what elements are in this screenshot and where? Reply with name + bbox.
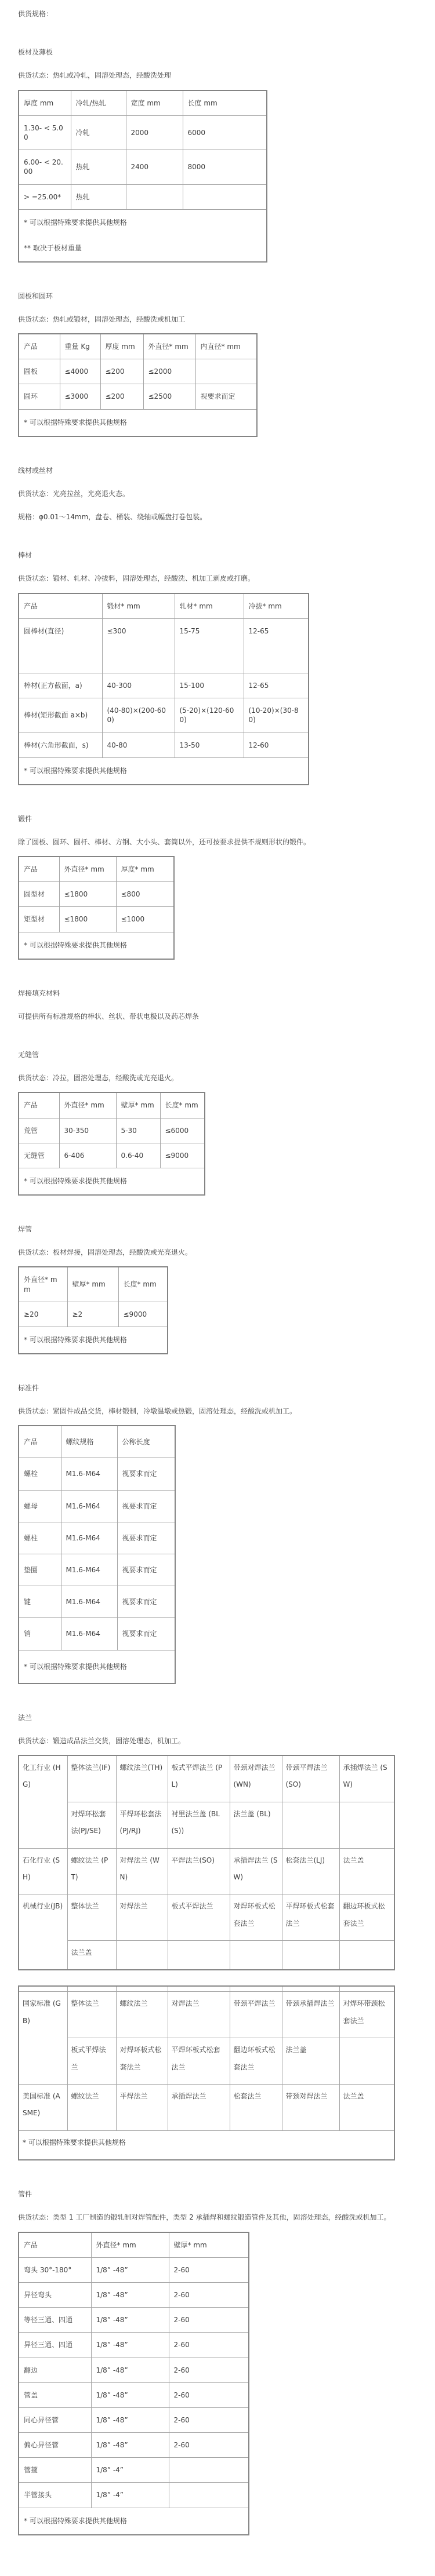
- table-cell: 异径弯头: [19, 2282, 91, 2307]
- table-cell: ≤200: [100, 359, 143, 384]
- table-cell: 6.00- < 20.00: [19, 150, 71, 184]
- column-header: 锻材* mm: [102, 593, 175, 619]
- table-cell: 热轧: [71, 184, 126, 209]
- table-row: * 可以根据特殊要求提供其他规格: [19, 2508, 249, 2535]
- table-cell: 螺纹法兰: [67, 2085, 116, 2131]
- table-cell: 视要求而定: [117, 1458, 175, 1490]
- table-row: 同心异径管1/8” -48”2-60: [19, 2407, 249, 2432]
- column-header: 公称长度: [117, 1426, 175, 1458]
- section-title: 无缝管: [18, 1050, 425, 1059]
- supply-state-line: 供货状态：锻材、轧材、冷拔料，固溶处理态，经酸洗、机加工剥皮或打磨。: [18, 574, 425, 583]
- supply-state-line: 供货状态：锻造成品法兰交货，固溶处理态，机加工。: [18, 1736, 425, 1746]
- table-cell: 40-80: [102, 733, 175, 757]
- section-sheet-plate: 板材及薄板 供货状态：热轧或冷轧，固溶处理态，经酸洗处理 厚度 mm冷轧/热轧宽…: [18, 48, 425, 263]
- pipe-fittings-table: 产品外直径* mm壁厚* mm弯头 30°-180°1/8” -48”2-60异…: [18, 2232, 249, 2535]
- table-row: 1.30- < 5.00冷轧20006000: [19, 115, 267, 150]
- table-row: 翻边1/8” -48”2-60: [19, 2358, 249, 2382]
- table-cell: M1.6-M64: [61, 1618, 117, 1650]
- table-cell: ≤2500: [143, 384, 195, 409]
- section-weld-filler: 焊接填充材料 可提供所有标准规格的棒状、丝状、带状电极以及药芯焊条: [18, 989, 425, 1021]
- table-cell: M1.6-M64: [61, 1490, 117, 1522]
- column-header: 壁厚* mm: [169, 2232, 249, 2258]
- column-header: 螺纹规格: [61, 1426, 117, 1458]
- section-title: 线材或丝材: [18, 466, 425, 475]
- table-row: 外直径* mm壁厚* mm长度* mm: [19, 1267, 168, 1302]
- table-row: 垫圈M1.6-M64视要求而定: [19, 1554, 175, 1586]
- table-row: 美国标准 (ASME)螺纹法兰平焊法兰承插焊法兰松套法兰带颈对焊法兰法兰盖: [19, 2085, 394, 2131]
- column-header: 外直径* mm: [59, 857, 116, 882]
- table-row: 石化行业 (SH)螺纹法兰 (PT)对焊法兰 (WN)平焊法兰(SO)承插焊法兰…: [19, 1848, 394, 1894]
- table-cell: 视要求而定: [117, 1586, 175, 1618]
- table-cell: ≤1800: [59, 882, 116, 907]
- table-cell: 同心异径管: [19, 2407, 91, 2432]
- table-cell: 国家标准 (GB): [19, 1992, 67, 2085]
- table-cell: 热轧: [71, 150, 126, 184]
- table-cell: 2-60: [169, 2333, 249, 2358]
- section-seamless-pipe: 无缝管 供货状态：冷拉，固溶处理态，经酸洗或光亮退火。 产品外直径* mm壁厚*…: [18, 1050, 425, 1196]
- table-cell: 平焊环松套法 (PJ/RJ): [116, 1802, 168, 1848]
- table-row: ≥20≥2≤9000: [19, 1302, 168, 1327]
- table-cell: [339, 1802, 394, 1848]
- column-header: 外直径* mm: [19, 1267, 67, 1302]
- column-header: 产品: [19, 593, 102, 619]
- table-cell: 松套法兰: [230, 2085, 282, 2131]
- section-title: 法兰: [18, 1713, 425, 1722]
- table-row: 机械行业(JB)整体法兰对焊法兰板式平焊法兰对焊环板式松套法兰平焊环板式松套法兰…: [19, 1894, 394, 1941]
- table-footnote: * 可以根据特殊要求提供其他规格: [19, 1650, 175, 1684]
- supply-state-line: 供货状态：热轧或锻材，固溶处理态，经酸洗或机加工: [18, 315, 425, 324]
- table-cell: ≤4000: [60, 359, 100, 384]
- table-row: * 可以根据特殊要求提供其他规格: [19, 1650, 175, 1684]
- table-cell: 圆型材: [19, 882, 59, 907]
- table-cell: 管箍: [19, 2458, 91, 2483]
- table-cell: 平焊法兰(SO): [168, 1848, 230, 1894]
- section-wire: 线材或丝材 供货状态：光亮拉丝，光亮退火态。 规格：φ0.01～14mm，盘卷、…: [18, 466, 425, 522]
- column-header: 宽度 mm: [126, 90, 183, 116]
- spec-line: 规格：φ0.01～14mm，盘卷、桶装、绕轴或幅盘打卷包装。: [18, 512, 425, 522]
- table-row: 偏心异径管1/8” -48”2-60: [19, 2433, 249, 2458]
- table-cell: 半管接头: [19, 2483, 91, 2508]
- table-row: 产品外直径* mm厚度* mm: [19, 857, 174, 882]
- sheet-plate-table: 厚度 mm冷轧/热轧宽度 mm长度 mm1.30- < 5.00冷轧200060…: [18, 90, 267, 263]
- table-cell: 螺纹法兰: [116, 1992, 168, 2038]
- table-cell: 1/8” -48”: [91, 2407, 169, 2432]
- table-cell: 5-30: [116, 1118, 160, 1143]
- table-cell: 12-65: [244, 618, 309, 673]
- column-header: 壁厚* mm: [67, 1267, 118, 1302]
- table-cell: [116, 1986, 168, 1992]
- table-row: 管箍1/8” -4”: [19, 2458, 249, 2483]
- table-cell: 翻边环板式松套法兰: [230, 2038, 282, 2085]
- table-row: 棒材(矩形截面 a×b)(40-80)×(200-600)(5-20)×(120…: [19, 698, 309, 733]
- table-cell: 法兰盖: [282, 2038, 339, 2085]
- table-row: 产品螺纹规格公称长度: [19, 1426, 175, 1458]
- section-welded-pipe: 焊管 供货状态：板材焊接，固溶处理态，经酸洗或光亮退火。 外直径* mm壁厚* …: [18, 1225, 425, 1354]
- table-cell: 冷轧: [71, 115, 126, 150]
- table-cell: 美国标准 (ASME): [19, 2085, 67, 2131]
- column-header: 长度* mm: [160, 1092, 205, 1118]
- table-footnote: * 可以根据特殊要求提供其他规格: [19, 757, 309, 785]
- table-row: 圆型材≤1800≤800: [19, 882, 174, 907]
- table-cell: 1/8” -48”: [91, 2358, 169, 2382]
- column-header: 厚度 mm: [100, 334, 143, 359]
- table-cell: 1/8” -48”: [91, 2282, 169, 2307]
- table-cell: 棒材(六角形截面，s): [19, 733, 102, 757]
- table-cell: 法兰盖: [339, 1848, 394, 1894]
- section-forgings: 锻件 除了圆板、圆环、圆杆、棒材、方钢、大小头、套筒以外，还可按要求提供不规则形…: [18, 814, 425, 960]
- table-row: * 可以根据特殊要求提供其他规格: [19, 757, 309, 785]
- table-footnote: * 可以根据特殊要求提供其他规格: [19, 2130, 394, 2160]
- table-row: 圆棒材(直径)≤30015-7512-65: [19, 618, 309, 673]
- supply-state-line: 供货状态：热轧或冷轧，固溶处理态，经酸洗处理: [18, 71, 425, 80]
- table-row: 弯头 30°-180°1/8” -48”2-60: [19, 2257, 249, 2282]
- section-title: 板材及薄板: [18, 48, 425, 57]
- column-header: 冷轧/热轧: [71, 90, 126, 116]
- table-row: 螺柱M1.6-M64视要求而定: [19, 1522, 175, 1554]
- table-cell: 对焊环板式松套法兰: [230, 1894, 282, 1941]
- table-cell: 荒管: [19, 1118, 59, 1143]
- table-cell: 棒材(正方截面，a): [19, 673, 102, 698]
- table-cell: 6000: [183, 115, 267, 150]
- table-cell: 承插焊法兰 (SW): [230, 1848, 282, 1894]
- table-cell: ≤300: [102, 618, 175, 673]
- table-cell: (5-20)×(120-600): [175, 698, 244, 733]
- table-row: * 可以根据特殊要求提供其他规格: [19, 1168, 205, 1195]
- section-flanges: 法兰 供货状态：锻造成品法兰交货，固溶处理态，机加工。 化工行业 (HG)整体法…: [18, 1713, 425, 2161]
- note-line: 可提供所有标准规格的棒状、丝状、带状电极以及药芯焊条: [18, 1012, 425, 1021]
- table-footnote: * 可以根据特殊要求提供其他规格: [19, 2508, 249, 2535]
- supply-state-line: 供货状态：类型 1 工厂制造的锻轧制对焊管配件，类型 2 承插焊和螺纹锻造管件及…: [18, 2213, 425, 2222]
- table-cell: (10-20)×(30-80): [244, 698, 309, 733]
- table-cell: 2-60: [169, 2433, 249, 2458]
- table-row: 等径三通、四通1/8” -48”2-60: [19, 2308, 249, 2333]
- table-cell: 13-50: [175, 733, 244, 757]
- table-cell: 30-350: [59, 1118, 116, 1143]
- spec-document: 供货规格： 板材及薄板 供货状态：热轧或冷轧，固溶处理态，经酸洗处理 厚度 mm…: [0, 0, 435, 2576]
- table-cell: ≤1000: [116, 907, 174, 932]
- table-cell: 对焊环松套法(PJ/SE): [67, 1802, 116, 1848]
- table-cell: [282, 1941, 339, 1970]
- section-title: 圆板和圆环: [18, 292, 425, 301]
- table-cell: ≤9000: [160, 1143, 205, 1168]
- table-cell: 15-100: [175, 673, 244, 698]
- table-cell: 带颈对焊法兰: [282, 2085, 339, 2131]
- table-cell: 对焊法兰 (WN): [116, 1848, 168, 1894]
- section-title: 棒材: [18, 551, 425, 560]
- page-title: 供货规格：: [18, 9, 425, 19]
- table-cell: 带颈承插焊法兰: [282, 1992, 339, 2038]
- table-cell: M1.6-M64: [61, 1554, 117, 1586]
- table-cell: 视要求而定: [117, 1490, 175, 1522]
- table-row: 产品外直径* mm壁厚* mm: [19, 2232, 249, 2258]
- table-cell: 12-65: [244, 673, 309, 698]
- table-cell: 对焊法兰: [116, 1894, 168, 1941]
- table-cell: 2400: [126, 150, 183, 184]
- table-row: 厚度 mm冷轧/热轧宽度 mm长度 mm: [19, 90, 267, 116]
- table-row: 螺母M1.6-M64视要求而定: [19, 1490, 175, 1522]
- table-cell: 等径三通、四通: [19, 2308, 91, 2333]
- table-cell: 对焊环板式松套法兰: [116, 2038, 168, 2085]
- table-cell: 对焊环带颈松套法兰: [339, 1992, 394, 2038]
- table-cell: 整体法兰(IF): [67, 1755, 116, 1802]
- table-row: 产品外直径* mm壁厚* mm长度* mm: [19, 1092, 205, 1118]
- column-header: 重量 Kg: [60, 334, 100, 359]
- table-cell: 1/8” -48”: [91, 2333, 169, 2358]
- flanges-standards-table: 国家标准 (GB)整体法兰螺纹法兰对焊法兰带颈平焊法兰带颈承插焊法兰对焊环带颈松…: [18, 1985, 395, 2160]
- table-cell: 石化行业 (SH): [19, 1848, 67, 1894]
- table-cell: > =25.00*: [19, 184, 71, 209]
- table-cell: ≤800: [116, 882, 174, 907]
- table-footnote: * 可以根据特殊要求提供其他规格: [19, 1168, 205, 1195]
- table-row: 异径三通、四通1/8” -48”2-60: [19, 2333, 249, 2358]
- table-cell: 1/8” -48”: [91, 2433, 169, 2458]
- section-title: 标准件: [18, 1383, 425, 1393]
- table-cell: 带颈对焊法兰 (WN): [230, 1755, 282, 1802]
- table-row: * 可以根据特殊要求提供其他规格: [19, 2130, 394, 2160]
- table-cell: 棒材(矩形截面 a×b): [19, 698, 102, 733]
- column-header: 外直径* mm: [91, 2232, 169, 2258]
- table-cell: ≤200: [100, 384, 143, 409]
- table-cell: [67, 1986, 116, 1992]
- column-header: 壁厚* mm: [116, 1092, 160, 1118]
- table-cell: 2-60: [169, 2382, 249, 2407]
- table-row: * 可以根据特殊要求提供其他规格** 取决于板材重量: [19, 209, 267, 262]
- table-cell: 键: [19, 1586, 61, 1618]
- table-cell: 1/8” -4”: [91, 2483, 169, 2508]
- table-cell: 2-60: [169, 2358, 249, 2382]
- table-cell: 1/8” -4”: [91, 2458, 169, 2483]
- column-header: 外直径* mm: [59, 1092, 116, 1118]
- table-row: 产品锻材* mm轧材* mm冷拔* mm: [19, 593, 309, 619]
- forgings-table: 产品外直径* mm厚度* mm圆型材≤1800≤800矩型材≤1800≤1000…: [18, 856, 175, 960]
- table-cell: 翻边环板式松套法兰: [339, 1894, 394, 1941]
- table-cell: (40-80)×(200-600): [102, 698, 175, 733]
- section-pipe-fittings: 管件 供货状态：类型 1 工厂制造的锻轧制对焊管配件，类型 2 承插焊和螺纹锻造…: [18, 2189, 425, 2535]
- table-row: * 可以根据特殊要求提供其他规格: [19, 1327, 168, 1354]
- table-cell: 承插焊法兰: [168, 2085, 230, 2131]
- table-cell: 螺纹法兰(TH): [116, 1755, 168, 1802]
- table-cell: ≥2: [67, 1302, 118, 1327]
- supply-state-line: 供货状态：板材焊接，固溶处理态，经酸洗或光亮退火。: [18, 1248, 425, 1257]
- column-header: 产品: [19, 857, 59, 882]
- table-row: 管盖1/8” -48”2-60: [19, 2382, 249, 2407]
- table-cell: 对焊法兰: [168, 1992, 230, 2038]
- table-cell: 无缝管: [19, 1143, 59, 1168]
- discs-rings-table: 产品重量 Kg厚度 mm外直径* mm内直径* mm圆板≤4000≤200≤20…: [18, 333, 258, 437]
- table-footnote: * 可以根据特殊要求提供其他规格: [19, 409, 257, 436]
- section-title: 锻件: [18, 814, 425, 824]
- table-row: 螺栓M1.6-M64视要求而定: [19, 1458, 175, 1490]
- table-row: 对焊环松套法(PJ/SE)平焊环松套法 (PJ/RJ)衬里法兰盖 (BL(S))…: [19, 1802, 394, 1848]
- table-row: 圆板≤4000≤200≤2000: [19, 359, 257, 384]
- table-row: 板式平焊法兰对焊环板式松套法兰平焊环板式松套法兰翻边环板式松套法兰法兰盖: [19, 2038, 394, 2085]
- table-cell: 法兰盖: [67, 1941, 116, 1970]
- table-cell: 化工行业 (HG): [19, 1755, 67, 1848]
- table-row: 异径弯头1/8” -48”2-60: [19, 2282, 249, 2307]
- table-cell: 松套法兰(LJ): [282, 1848, 339, 1894]
- table-cell: [339, 1986, 394, 1992]
- table-cell: 视要求而定: [117, 1554, 175, 1586]
- table-footnote: * 可以根据特殊要求提供其他规格: [19, 1327, 168, 1354]
- table-cell: 1/8” -48”: [91, 2382, 169, 2407]
- table-cell: 机械行业(JB): [19, 1894, 67, 1970]
- table-cell: [339, 2038, 394, 2085]
- table-cell: 视要求而定: [117, 1618, 175, 1650]
- table-cell: ≤2000: [143, 359, 195, 384]
- table-cell: 1.30- < 5.00: [19, 115, 71, 150]
- table-cell: 平焊环板式松套法兰: [168, 2038, 230, 2085]
- table-cell: 承插焊法兰 (SW): [339, 1755, 394, 1802]
- table-cell: 平焊环板式松套法兰: [282, 1894, 339, 1941]
- section-discs-rings: 圆板和圆环 供货状态：热轧或锻材，固溶处理态，经酸洗或机加工 产品重量 Kg厚度…: [18, 292, 425, 437]
- table-cell: [339, 1941, 394, 1970]
- table-cell: 8000: [183, 150, 267, 184]
- table-cell: 弯头 30°-180°: [19, 2257, 91, 2282]
- table-cell: 管盖: [19, 2382, 91, 2407]
- table-row: 6.00- < 20.00热轧24008000: [19, 150, 267, 184]
- table-cell: 平焊法兰: [116, 2085, 168, 2131]
- table-cell: [195, 359, 257, 384]
- table-cell: 螺纹法兰 (PT): [67, 1848, 116, 1894]
- table-row: > =25.00*热轧: [19, 184, 267, 209]
- table-cell: ≥20: [19, 1302, 67, 1327]
- column-header: 产品: [19, 1092, 59, 1118]
- table-cell: [230, 1941, 282, 1970]
- section-title: 焊接填充材料: [18, 989, 425, 998]
- table-cell: [116, 1941, 168, 1970]
- table-row: 无缝管6-4060.6-40≤9000: [19, 1143, 205, 1168]
- table-cell: 0.6-40: [116, 1143, 160, 1168]
- table-cell: 螺栓: [19, 1458, 61, 1490]
- table-cell: 圆棒材(直径): [19, 618, 102, 673]
- table-cell: M1.6-M64: [61, 1522, 117, 1554]
- table-cell: 圆环: [19, 384, 60, 409]
- table-cell: ≤9000: [118, 1302, 168, 1327]
- column-header: 冷拔* mm: [244, 593, 309, 619]
- table-cell: [230, 1986, 282, 1992]
- table-row: 键M1.6-M64视要求而定: [19, 1586, 175, 1618]
- table-row: * 可以根据特殊要求提供其他规格: [19, 409, 257, 436]
- supply-state-line: 供货状态：光亮拉丝，光亮退火态。: [18, 489, 425, 498]
- bar-table: 产品锻材* mm轧材* mm冷拔* mm圆棒材(直径)≤30015-7512-6…: [18, 593, 309, 785]
- table-cell: 视要求而定: [195, 384, 257, 409]
- table-cell: 2000: [126, 115, 183, 150]
- table-cell: 偏心异径管: [19, 2433, 91, 2458]
- table-cell: 1/8” -48”: [91, 2308, 169, 2333]
- table-row: 化工行业 (HG)整体法兰(IF)螺纹法兰(TH)板式平焊法兰 (PL)带颈对焊…: [19, 1755, 394, 1802]
- table-cell: 翻边: [19, 2358, 91, 2382]
- table-cell: ≤6000: [160, 1118, 205, 1143]
- table-cell: [169, 2483, 249, 2508]
- table-cell: ≤1800: [59, 907, 116, 932]
- table-row: 半管接头1/8” -4”: [19, 2483, 249, 2508]
- column-header: 轧材* mm: [175, 593, 244, 619]
- table-cell: 板式平焊法兰: [168, 1894, 230, 1941]
- table-cell: [126, 184, 183, 209]
- table-cell: 螺母: [19, 1490, 61, 1522]
- table-cell: 6-406: [59, 1143, 116, 1168]
- seamless-pipe-table: 产品外直径* mm壁厚* mm长度* mm荒管30-3505-30≤6000无缝…: [18, 1092, 205, 1196]
- table-cell: 螺柱: [19, 1522, 61, 1554]
- table-cell: [183, 184, 267, 209]
- supply-state-line: 供货状态：紧固件成品交货，棒材锻制，冷墩温墩或热锻，固溶处理态，经酸洗或机加工。: [18, 1407, 425, 1416]
- table-row: 法兰盖: [19, 1941, 394, 1970]
- table-cell: 15-75: [175, 618, 244, 673]
- table-cell: 异径三通、四通: [19, 2333, 91, 2358]
- table-cell: 板式平焊法兰: [67, 2038, 116, 2085]
- table-footnote: * 可以根据特殊要求提供其他规格: [19, 932, 174, 959]
- column-header: 产品: [19, 334, 60, 359]
- table-cell: 2-60: [169, 2407, 249, 2432]
- table-cell: [169, 2458, 249, 2483]
- table-cell: M1.6-M64: [61, 1458, 117, 1490]
- column-header: 厚度 mm: [19, 90, 71, 116]
- table-cell: 整体法兰: [67, 1992, 116, 2038]
- column-header: 内直径* mm: [195, 334, 257, 359]
- column-header: 厚度* mm: [116, 857, 174, 882]
- table-cell: 40-300: [102, 673, 175, 698]
- table-cell: 法兰盖 (BL): [230, 1802, 282, 1848]
- table-row: 棒材(六角形截面，s)40-8013-5012-60: [19, 733, 309, 757]
- table-cell: [282, 1802, 339, 1848]
- section-fasteners: 标准件 供货状态：紧固件成品交货，棒材锻制，冷墩温墩或热锻，固溶处理态，经酸洗或…: [18, 1383, 425, 1684]
- table-cell: 2-60: [169, 2308, 249, 2333]
- table-cell: 视要求而定: [117, 1522, 175, 1554]
- table-cell: 2-60: [169, 2282, 249, 2307]
- table-cell: [19, 1986, 67, 1992]
- table-cell: 带颈平焊法兰: [230, 1992, 282, 2038]
- table-cell: [282, 1986, 339, 1992]
- table-row: 矩型材≤1800≤1000: [19, 907, 174, 932]
- table-cell: 板式平焊法兰 (PL): [168, 1755, 230, 1802]
- table-cell: 衬里法兰盖 (BL(S)): [168, 1802, 230, 1848]
- table-row: [19, 1986, 394, 1992]
- column-header: 产品: [19, 1426, 61, 1458]
- table-cell: 圆板: [19, 359, 60, 384]
- column-header: 外直径* mm: [143, 334, 195, 359]
- table-cell: [168, 1941, 230, 1970]
- table-row: 圆环≤3000≤200≤2500视要求而定: [19, 384, 257, 409]
- fasteners-table: 产品螺纹规格公称长度螺栓M1.6-M64视要求而定螺母M1.6-M64视要求而定…: [18, 1425, 176, 1684]
- column-header: 长度 mm: [183, 90, 267, 116]
- table-row: 荒管30-3505-30≤6000: [19, 1118, 205, 1143]
- table-row: 国家标准 (GB)整体法兰螺纹法兰对焊法兰带颈平焊法兰带颈承插焊法兰对焊环带颈松…: [19, 1992, 394, 2038]
- table-cell: 1/8” -48”: [91, 2257, 169, 2282]
- table-cell: 带颈平焊法兰 (SO): [282, 1755, 339, 1802]
- flanges-industry-table: 化工行业 (HG)整体法兰(IF)螺纹法兰(TH)板式平焊法兰 (PL)带颈对焊…: [18, 1755, 395, 1971]
- table-cell: 法兰盖: [339, 2085, 394, 2131]
- table-footnote: * 可以根据特殊要求提供其他规格** 取决于板材重量: [19, 209, 267, 262]
- welded-pipe-table: 外直径* mm壁厚* mm长度* mm≥20≥2≤9000* 可以根据特殊要求提…: [18, 1266, 168, 1354]
- table-cell: 垫圈: [19, 1554, 61, 1586]
- table-row: 棒材(正方截面，a)40-30015-10012-65: [19, 673, 309, 698]
- column-header: 产品: [19, 2232, 91, 2258]
- table-cell: ≤3000: [60, 384, 100, 409]
- table-cell: 整体法兰: [67, 1894, 116, 1941]
- table-cell: [168, 1986, 230, 1992]
- table-row: 产品重量 Kg厚度 mm外直径* mm内直径* mm: [19, 334, 257, 359]
- table-cell: 2-60: [169, 2257, 249, 2282]
- table-row: * 可以根据特殊要求提供其他规格: [19, 932, 174, 959]
- table-cell: 矩型材: [19, 907, 59, 932]
- section-title: 管件: [18, 2189, 425, 2199]
- table-cell: 销: [19, 1618, 61, 1650]
- supply-state-line: 供货状态：冷拉，固溶处理态，经酸洗或光亮退火。: [18, 1073, 425, 1083]
- table-cell: M1.6-M64: [61, 1586, 117, 1618]
- column-header: 长度* mm: [118, 1267, 168, 1302]
- table-row: 销M1.6-M64视要求而定: [19, 1618, 175, 1650]
- note-line: 除了圆板、圆环、圆杆、棒材、方钢、大小头、套筒以外，还可按要求提供不规则形状的锻…: [18, 837, 425, 847]
